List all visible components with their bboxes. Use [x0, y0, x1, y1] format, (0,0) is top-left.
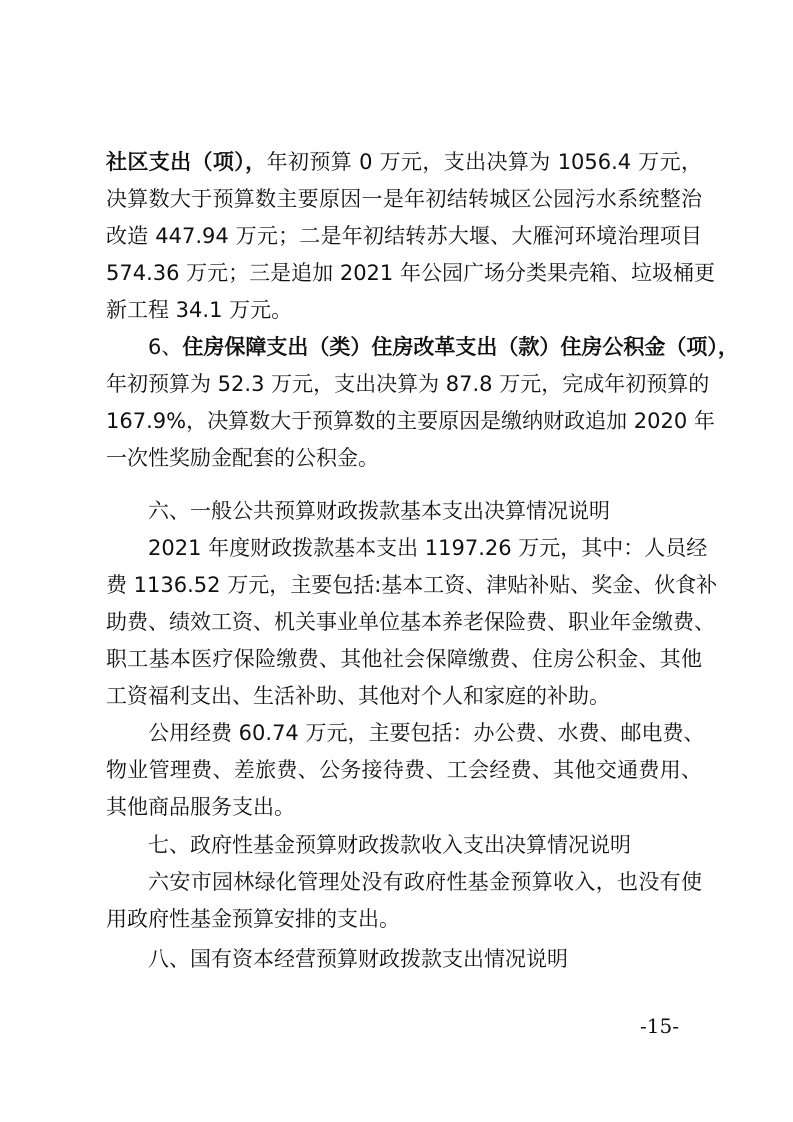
paragraph-line: 物业管理费、差旅费、公务接待费、工会经费、其他交通费用、	[106, 755, 702, 785]
paragraph-line: 年初预算为 52.3 万元，支出决算为 87.8 万元，完成年初预算的	[106, 369, 702, 399]
paragraph-line: 决算数大于预算数主要原因一是年初结转城区公园污水系统整治	[106, 184, 702, 214]
document-page: 社区支出（项），年初预算 0 万元，支出决算为 1056.4 万元， 决算数大于…	[0, 0, 793, 1122]
paragraph-line: 改造 447.94 万元；二是年初结转苏大堰、大雁河环境治理项目	[106, 221, 702, 251]
paragraph-line: 职工基本医疗保险缴费、其他社会保障缴费、住房公积金、其他	[106, 644, 702, 674]
paragraph-line: 社区支出（项），年初预算 0 万元，支出决算为 1056.4 万元，	[106, 147, 702, 177]
paragraph-line: 167.9%，决算数大于预算数的主要原因是缴纳财政追加 2020 年	[106, 406, 702, 436]
paragraph-line: 工资福利支出、生活补助、其他对个人和家庭的补助。	[106, 681, 702, 711]
paragraph-line: 六安市园林绿化管理处没有政府性基金预算收入，也没有使	[148, 867, 702, 897]
text-span: 年初预算 0 万元，支出决算为 1056.4 万元，	[267, 150, 702, 174]
paragraph-line: 公用经费 60.74 万元，主要包括：办公费、水费、邮电费、	[148, 718, 702, 748]
paragraph-line: 费 1136.52 万元，主要包括:基本工资、津贴补贴、奖金、伙食补	[106, 570, 702, 600]
paragraph-line: 其他商品服务支出。	[106, 792, 702, 822]
item-number: 6、	[148, 335, 182, 359]
paragraph-line: 一次性奖励金配套的公积金。	[106, 443, 702, 473]
paragraph-line: 2021 年度财政拨款基本支出 1197.26 万元，其中：人员经	[148, 533, 702, 563]
paragraph-line: 574.36 万元；三是追加 2021 年公园广场分类果壳箱、垃圾桶更	[106, 258, 702, 288]
paragraph-line: 用政府性基金预算安排的支出。	[106, 904, 702, 934]
page-number: -15-	[640, 1014, 679, 1038]
paragraph-line: 新工程 34.1 万元。	[106, 295, 702, 325]
section-heading: 七、政府性基金预算财政拨款收入支出决算情况说明	[148, 830, 702, 860]
bold-lead: 住房保障支出（类）住房改革支出（款）住房公积金（项），	[182, 335, 739, 359]
section-heading: 八、国有资本经营预算财政拨款支出情况说明	[148, 944, 702, 974]
bold-lead: 社区支出（项），	[106, 150, 267, 174]
paragraph-line: 助费、绩效工资、机关事业单位基本养老保险费、职业年金缴费、	[106, 607, 702, 637]
paragraph-heading-line: 6、住房保障支出（类）住房改革支出（款）住房公积金（项），	[148, 332, 702, 362]
section-heading: 六、一般公共预算财政拨款基本支出决算情况说明	[148, 496, 702, 526]
